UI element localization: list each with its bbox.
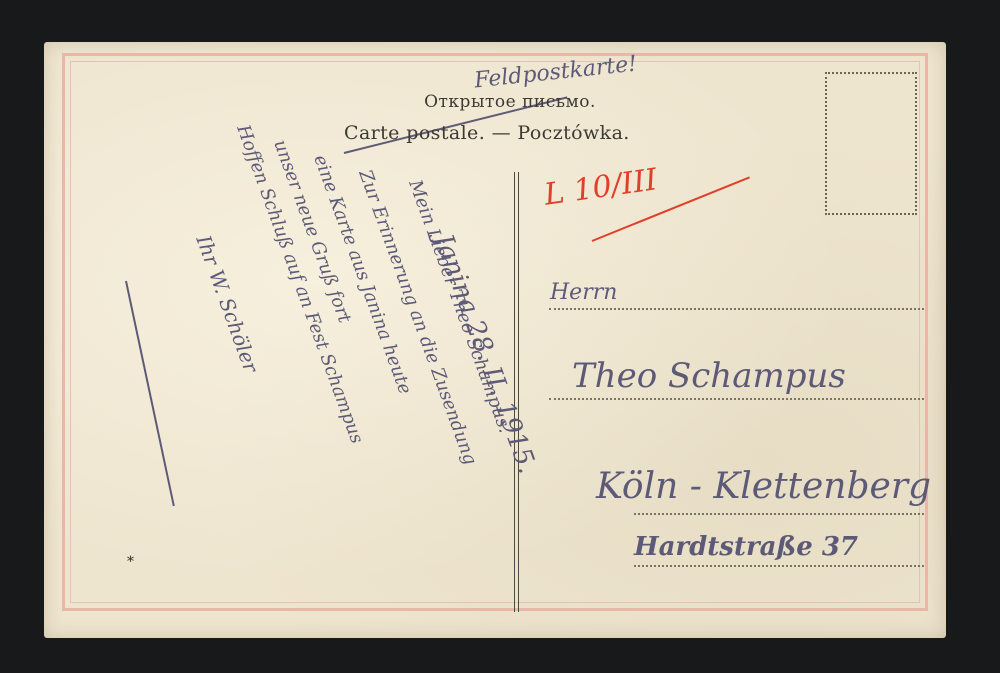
header-russian: Открытое письмо. [44,92,946,112]
footnote-asterisk: * [127,554,134,570]
address-line-2 [549,398,924,400]
stamp-box [825,72,917,215]
address-street: Hardtstraße 37 [634,532,858,562]
address-city: Köln - Klettenberg [596,466,931,507]
postcard: Feldpostkarte! Открытое письмо. Carte po… [44,42,946,638]
address-salutation: Herrn [550,280,617,305]
address-name: Theo Schampus [572,356,846,396]
address-line-4 [634,565,924,567]
address-line-3 [634,513,924,515]
address-line-1 [549,308,924,310]
header-multilang: Carte postale. — Pocztówka. [344,122,630,144]
